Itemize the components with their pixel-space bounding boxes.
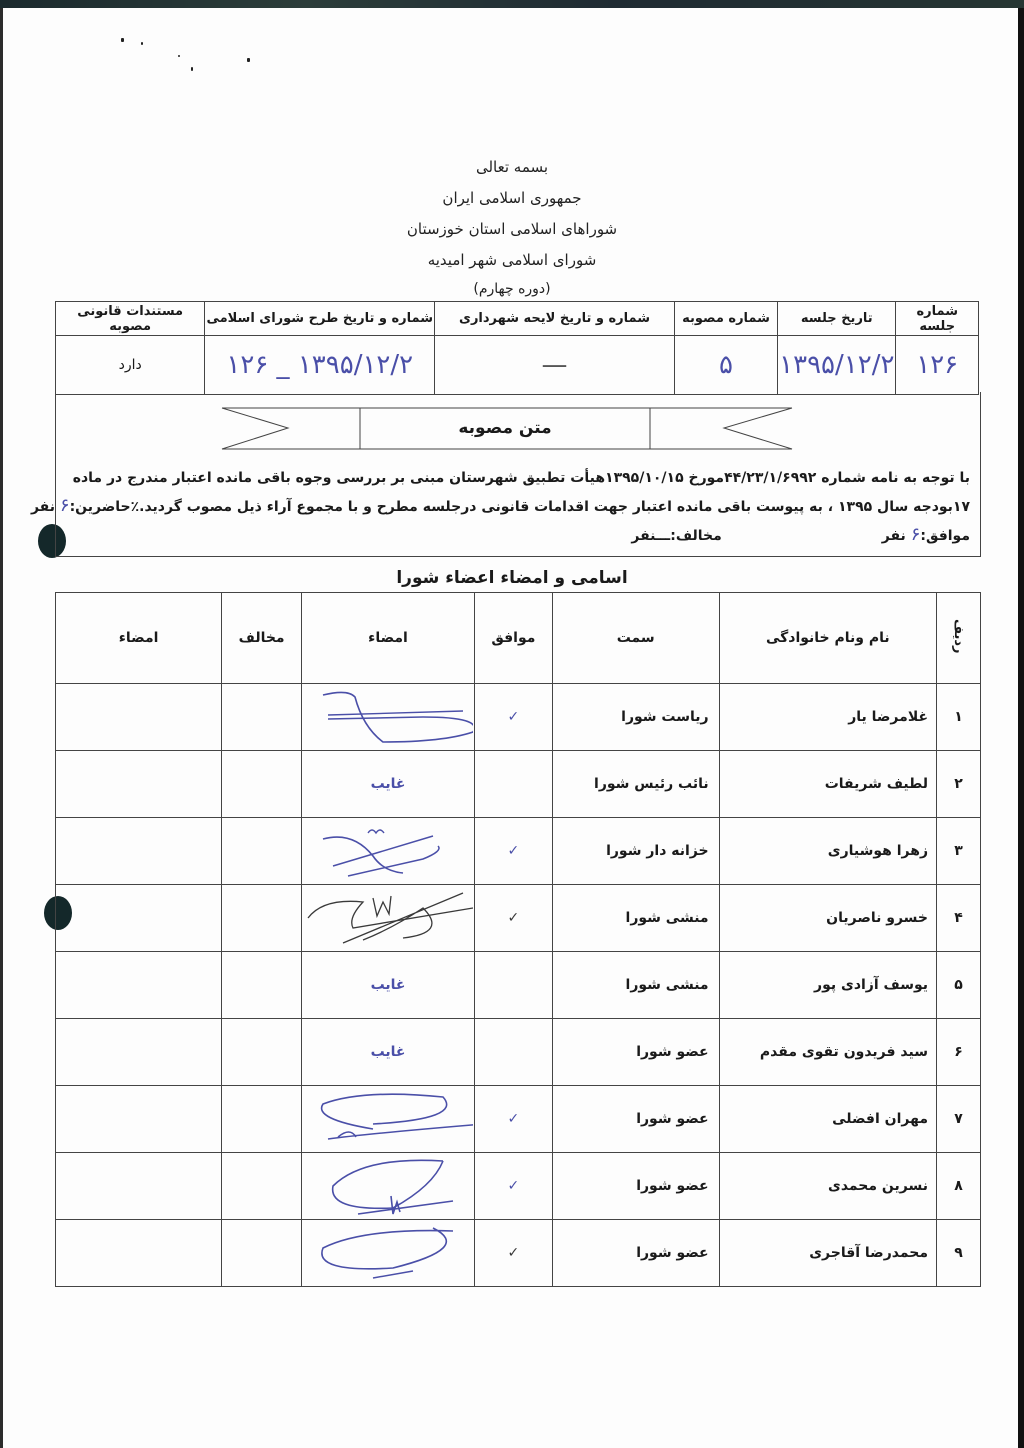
signature-cell — [302, 1086, 475, 1153]
absent-mark: غایب — [302, 1019, 475, 1086]
table-row: ۴ خسرو ناصریان منشی شورا ✓ — [56, 885, 981, 952]
city-council: شورای اسلامی شهر امیدیه — [0, 251, 1024, 269]
scan-speck — [247, 58, 250, 62]
oppose-cell — [222, 818, 302, 885]
signature-icon — [303, 687, 473, 747]
member-role: عضو شورا — [552, 1086, 719, 1153]
agree-check — [475, 1019, 553, 1086]
agree-check: ✓ — [475, 885, 553, 952]
oppose-cell — [222, 1019, 302, 1086]
member-role: ریاست شورا — [552, 684, 719, 751]
table-row: ۱ غلامرضا یار ریاست شورا ✓ — [56, 684, 981, 751]
signature-2-cell — [56, 818, 222, 885]
approval-votes-line: موافق:۶ نفرمخالف:ـــنفر — [65, 521, 970, 550]
agree-check: ✓ — [475, 818, 553, 885]
member-role: خزانه دار شورا — [552, 818, 719, 885]
member-name: زهرا هوشیاری — [719, 818, 936, 885]
scan-speck — [191, 67, 193, 71]
signature-2-cell — [56, 1153, 222, 1220]
signature-cell — [302, 684, 475, 751]
signature-icon — [303, 821, 473, 881]
member-name: یوسف آزادی پور — [719, 952, 936, 1019]
approval-line-1: با توجه به نامه شماره ۴۴/۲۳/۱/۶۹۹۲مورخ ۱… — [65, 464, 970, 492]
header-role: سمت — [552, 593, 719, 684]
approval-body: با توجه به نامه شماره ۴۴/۲۳/۱/۶۹۹۲مورخ ۱… — [65, 464, 970, 550]
member-name: لطیف شریفات — [719, 751, 936, 818]
approval-title: متن مصوبه — [360, 406, 650, 450]
header-municipal-bill: شماره و تاریخ لایحه شهرداری — [435, 302, 675, 336]
member-name: نسرین محمدی — [719, 1153, 936, 1220]
row-number: ۱ — [937, 684, 981, 751]
header-session-no: شماره جلسه — [896, 302, 979, 336]
signature-icon — [303, 888, 473, 948]
signature-2-cell — [56, 1220, 222, 1287]
table-row: ۷ مهران افضلی عضو شورا ✓ — [56, 1086, 981, 1153]
signature-cell — [302, 818, 475, 885]
signature-icon — [303, 1089, 473, 1149]
session-info-table: شماره جلسه تاریخ جلسه شماره مصوبه شماره … — [55, 301, 979, 395]
table-row: ۳ زهرا هوشیاری خزانه دار شورا ✓ — [56, 818, 981, 885]
table-row: ۸ نسرین محمدی عضو شورا ✓ — [56, 1153, 981, 1220]
row-number: ۴ — [937, 885, 981, 952]
member-role: عضو شورا — [552, 1019, 719, 1086]
row-number: ۷ — [937, 1086, 981, 1153]
header-council-plan: شماره و تاریخ طرح شورای اسلامی — [205, 302, 435, 336]
legal-docs-value: دارد — [56, 336, 205, 395]
table-row: ۶ سید فریدون تقوی مقدم عضو شورا غایب — [56, 1019, 981, 1086]
signature-cell — [302, 1153, 475, 1220]
scan-speck — [178, 55, 180, 57]
oppose-cell — [222, 684, 302, 751]
oppose-cell — [222, 751, 302, 818]
member-role: عضو شورا — [552, 1153, 719, 1220]
table-row: ۵ یوسف آزادی پور منشی شورا غایب — [56, 952, 981, 1019]
row-number: ۵ — [937, 952, 981, 1019]
member-name: خسرو ناصریان — [719, 885, 936, 952]
table-row: ۲ لطیف شریفات نائب رئیس شورا غایب — [56, 751, 981, 818]
invocation: بسمه تعالی — [0, 158, 1024, 176]
signature-cell — [302, 1220, 475, 1287]
header-name: نام ونام خانوادگی — [719, 593, 936, 684]
header-signature-2: امضاء — [56, 593, 222, 684]
oppose-cell — [222, 885, 302, 952]
session-no-value: ۱۲۶ — [896, 336, 979, 395]
signature-2-cell — [56, 1086, 222, 1153]
signature-2-cell — [56, 885, 222, 952]
agree-check: ✓ — [475, 684, 553, 751]
member-role: عضو شورا — [552, 1220, 719, 1287]
agree-check: ✓ — [475, 1153, 553, 1220]
oppose-cell — [222, 1086, 302, 1153]
header-signature: امضاء — [302, 593, 475, 684]
agree-check — [475, 952, 553, 1019]
oppose-unit: نفر — [631, 528, 656, 544]
member-role: نائب رئیس شورا — [552, 751, 719, 818]
signature-icon — [303, 1223, 473, 1283]
header-resolution-no: شماره مصوبه — [674, 302, 777, 336]
row-number: ۸ — [937, 1153, 981, 1220]
approval-section: متن مصوبه با توجه به نامه شماره ۴۴/۲۳/۱/… — [55, 392, 981, 557]
member-role: منشی شورا — [552, 952, 719, 1019]
agree-check — [475, 751, 553, 818]
approval-ribbon: متن مصوبه — [220, 406, 794, 450]
oppose-cell — [222, 952, 302, 1019]
agree-check: ✓ — [475, 1086, 553, 1153]
absent-mark: غایب — [302, 751, 475, 818]
signature-2-cell — [56, 684, 222, 751]
row-number: ۶ — [937, 1019, 981, 1086]
oppose-count: ـــ — [656, 528, 670, 544]
council-plan-value: ۱۳۹۵/۱۲/۲ _ ۱۲۶ — [205, 336, 435, 395]
signature-icon — [303, 1156, 473, 1216]
member-name: سید فریدون تقوی مقدم — [719, 1019, 936, 1086]
absent-mark: غایب — [302, 952, 475, 1019]
council-term: (دوره چهارم) — [0, 281, 1024, 297]
header-session-date: تاریخ جلسه — [778, 302, 896, 336]
member-name: غلامرضا یار — [719, 684, 936, 751]
province-council: شوراهای اسلامی استان خوزستان — [0, 220, 1024, 238]
member-name: مهران افضلی — [719, 1086, 936, 1153]
header-legal-docs: مستندات قانونی مصوبه — [56, 302, 205, 336]
session-date-value: ۱۳۹۵/۱۲/۲ — [778, 336, 896, 395]
approval-line-2-text: ۱۷بودجه سال ۱۳۹۵ ، به پیوست باقی مانده ا… — [70, 499, 970, 515]
members-title: اسامی و امضاء اعضاء شورا — [0, 568, 1024, 588]
present-unit: نفر — [31, 499, 60, 515]
agree-unit: نفر — [882, 528, 911, 544]
row-number: ۳ — [937, 818, 981, 885]
agree-check: ✓ — [475, 1220, 553, 1287]
member-role: منشی شورا — [552, 885, 719, 952]
scan-speck — [121, 38, 124, 42]
row-number: ۹ — [937, 1220, 981, 1287]
approval-line-2: ۱۷بودجه سال ۱۳۹۵ ، به پیوست باقی مانده ا… — [65, 492, 970, 521]
header-oppose: مخالف — [222, 593, 302, 684]
member-name: محمدرضا آقاجری — [719, 1220, 936, 1287]
agree-count: ۶ — [911, 524, 921, 545]
header-row-no-label: ردیف — [951, 619, 966, 654]
resolution-no-value: ۵ — [674, 336, 777, 395]
agree-label: موافق: — [920, 528, 970, 544]
scan-speck — [141, 42, 143, 45]
members-table: ردیف نام ونام خانوادگی سمت موافق امضاء م… — [55, 592, 981, 1287]
scan-top-edge — [0, 0, 1024, 8]
row-number: ۲ — [937, 751, 981, 818]
header-row-no: ردیف — [937, 593, 981, 684]
signature-cell — [302, 885, 475, 952]
present-count: ۶ — [60, 495, 70, 516]
municipal-bill-value: — — [435, 336, 675, 395]
header-agree: موافق — [475, 593, 553, 684]
oppose-cell — [222, 1153, 302, 1220]
signature-2-cell — [56, 952, 222, 1019]
oppose-cell — [222, 1220, 302, 1287]
signature-2-cell — [56, 751, 222, 818]
table-row: ۹ محمدرضا آقاجری عضو شورا ✓ — [56, 1220, 981, 1287]
country-name: جمهوری اسلامی ایران — [0, 189, 1024, 207]
signature-2-cell — [56, 1019, 222, 1086]
oppose-label: مخالف: — [670, 528, 722, 544]
